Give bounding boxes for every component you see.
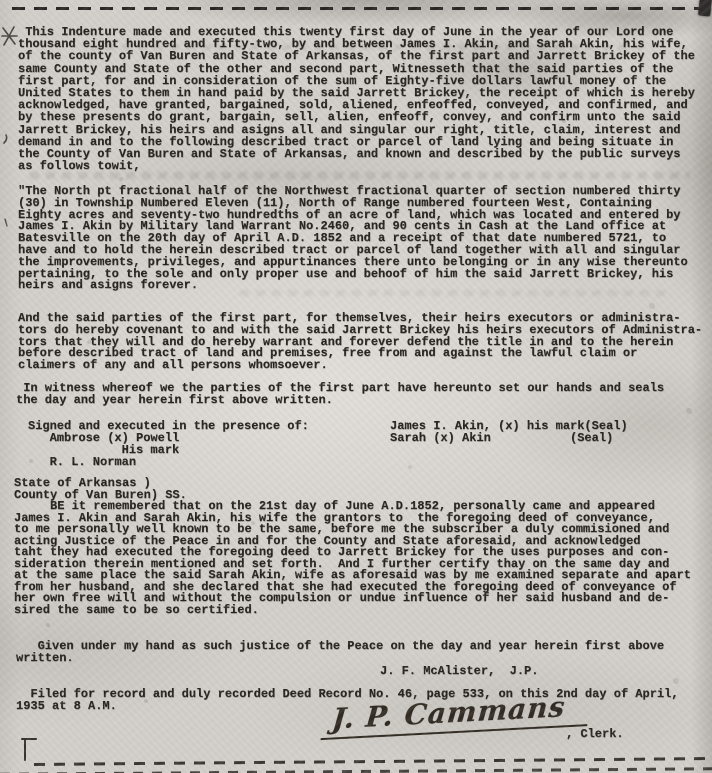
- paper-speckles: [0, 0, 2, 2]
- witness-clause: In witness whereof we the parties of the…: [16, 383, 664, 407]
- corner-pen-mark: [20, 736, 40, 762]
- stray-tick-mark: [2, 218, 10, 228]
- grantor-signatures: James I. Akin, (x) his mark(Seal) Sarah …: [390, 420, 628, 444]
- acknowledgment-block: State of Arkansas ) County of Van Buren)…: [14, 478, 691, 616]
- bleed-through-band: [30, 172, 690, 179]
- bottom-dashed-divider-1: [34, 757, 712, 766]
- indenture-paragraph: This Indenture made and executed this tw…: [18, 26, 695, 172]
- covenant-paragraph: And the said parties of the first part, …: [18, 313, 702, 372]
- clerk-title-label: , Clerk.: [566, 727, 624, 741]
- deed-document-page: This Indenture made and executed this tw…: [0, 0, 712, 773]
- handwritten-check-mark: [1, 24, 19, 48]
- property-description-paragraph: "The North pt fractional half of the Nor…: [18, 186, 688, 292]
- notary-closing: Given under my hand as such justice of t…: [16, 640, 664, 664]
- witness-signatures: Signed and executed in the presence of: …: [28, 420, 309, 468]
- stray-comma-mark: [2, 133, 10, 145]
- justice-signature-line: J. F. McAlister, J.P.: [380, 664, 538, 678]
- top-dashed-divider: [12, 7, 710, 10]
- bottom-dashed-divider-2: [0, 767, 712, 773]
